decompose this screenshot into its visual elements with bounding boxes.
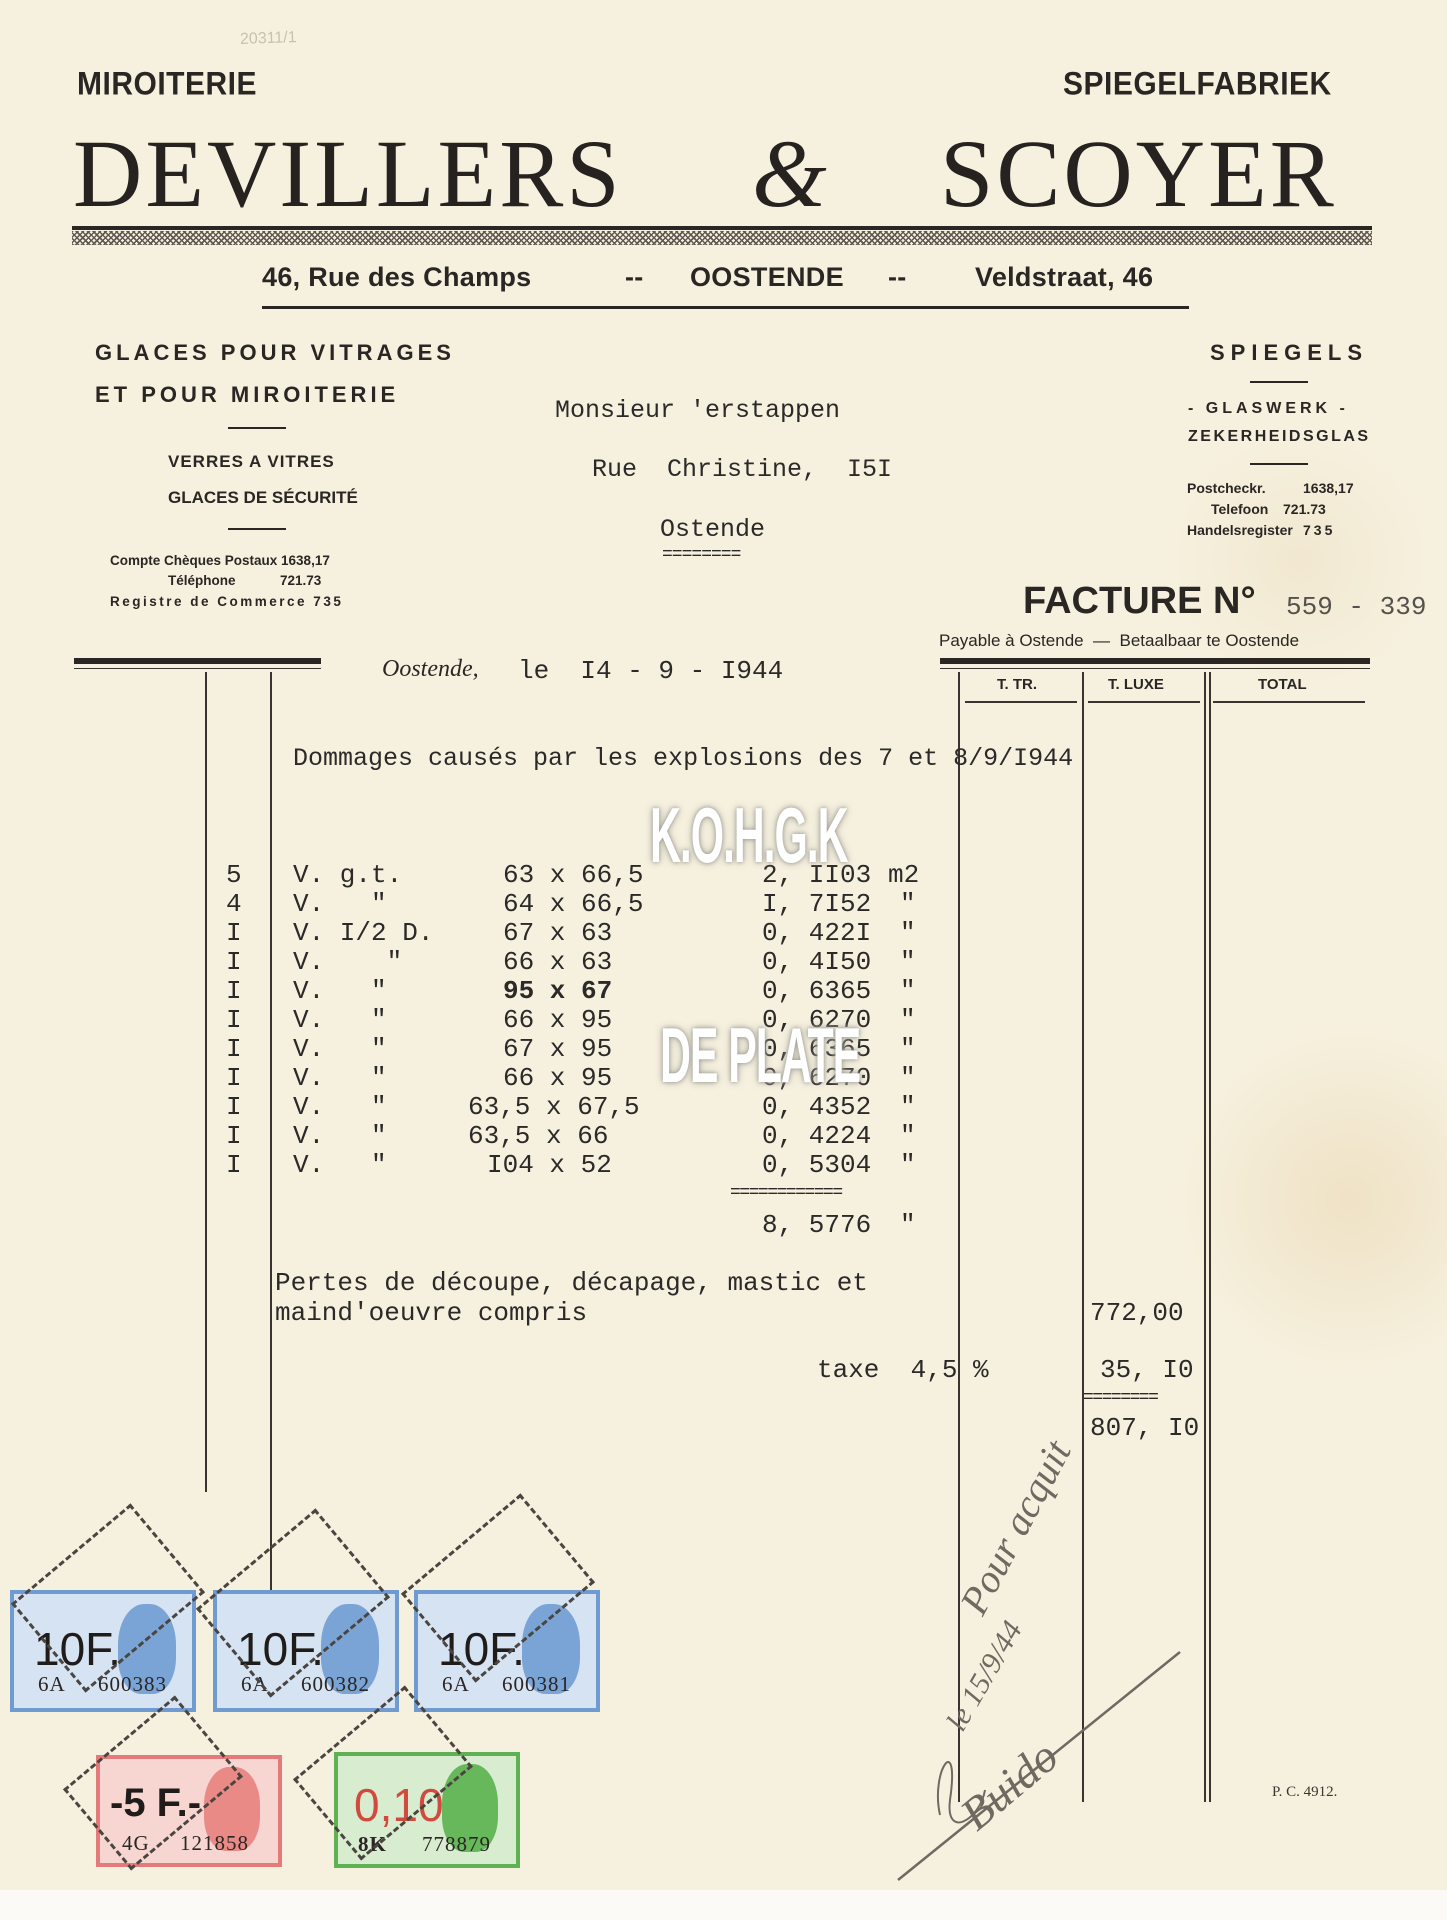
item-qty: I — [226, 1092, 242, 1122]
item-qty: I — [226, 1150, 242, 1180]
item-unit: " — [900, 918, 916, 948]
left-service-3: VERRES A VITRES — [168, 452, 335, 472]
decorative-band — [72, 231, 1372, 245]
item-qty: 4 — [226, 889, 242, 919]
left-service-1: GLACES POUR VITRAGES — [95, 340, 455, 366]
area-total-separator: ============ — [730, 1183, 842, 1203]
item-desc: V. " — [293, 1092, 387, 1122]
item-unit: " — [900, 1005, 916, 1035]
address-nl: Veldstraat, 46 — [975, 262, 1153, 293]
item-dims: 95 x 67 — [503, 976, 612, 1006]
watermark-line-2: DE PLATE — [660, 1010, 860, 1101]
item-dims: 63 x 66,5 — [503, 860, 643, 890]
invoice-title: FACTURE N° — [1023, 580, 1256, 623]
left-divider-2 — [228, 528, 286, 530]
right-telefoon-label: Telefoon — [1211, 501, 1268, 517]
charges-line-2: maind'oeuvre compris — [275, 1298, 587, 1328]
stamp-series: 6A — [38, 1672, 66, 1697]
item-area: 0, 5304 — [762, 1150, 871, 1180]
item-dims: 66 x 95 — [503, 1063, 612, 1093]
stamp-serial: 121858 — [180, 1831, 249, 1856]
item-desc: V. g.t. — [293, 860, 402, 890]
col-header-ttr: T. TR. — [997, 676, 1037, 693]
col-header-rule-total — [1213, 701, 1365, 703]
right-handels-label: Handelsregister — [1187, 522, 1293, 538]
company-name-scoyer: SCOYER — [940, 118, 1337, 229]
item-desc: V. " — [293, 947, 402, 977]
item-dims: 66 x 95 — [503, 1005, 612, 1035]
recipient-underline: ======== — [662, 545, 740, 565]
item-desc: V. " — [293, 1005, 387, 1035]
date-place: Oostende, — [382, 656, 479, 683]
item-dims: 64 x 66,5 — [503, 889, 643, 919]
right-divider-1 — [1250, 381, 1308, 383]
right-thick-rule — [940, 658, 1370, 664]
address-sep-2: -- — [888, 262, 907, 293]
item-unit: " — [900, 1063, 916, 1093]
item-qty: I — [226, 976, 242, 1006]
left-telephone: 721.73 — [280, 573, 321, 588]
item-unit: m2 — [888, 860, 919, 890]
item-unit: " — [900, 1121, 916, 1151]
item-area: 0, 4I50 — [762, 947, 871, 977]
tax-amount: 35, I0 — [1100, 1355, 1194, 1385]
right-postcheck: 1638,17 — [1303, 480, 1354, 496]
left-telephone-label: Téléphone — [168, 573, 236, 588]
right-thin-rule — [940, 668, 1370, 669]
tagline-miroiterie: MIROITERIE — [77, 67, 257, 104]
right-service-2: - GLASWERK - — [1188, 400, 1349, 418]
watermark-line-1: K.O.H.G.K — [650, 790, 847, 881]
item-unit: " — [900, 1034, 916, 1064]
item-unit: " — [900, 1092, 916, 1122]
item-unit: " — [900, 889, 916, 919]
left-service-2: ET POUR MIROITERIE — [95, 382, 399, 408]
item-desc: V. " — [293, 1063, 387, 1093]
col-header-total: TOTAL — [1258, 676, 1307, 693]
total-separator: ======== — [1083, 1388, 1157, 1408]
charges-line-1: Pertes de découpe, décapage, mastic et — [275, 1268, 868, 1298]
left-divider-1 — [228, 427, 286, 429]
item-dims: 67 x 95 — [503, 1034, 612, 1064]
invoice-number: 559 - 339 — [1286, 592, 1426, 622]
item-desc: V. " — [293, 1150, 387, 1180]
col-header-rule-ttr — [965, 701, 1077, 703]
item-qty: I — [226, 947, 242, 977]
item-desc: V. " — [293, 1034, 387, 1064]
item-dims: 67 x 63 — [503, 918, 612, 948]
address-sep-1: -- — [625, 262, 644, 293]
invoice-subject: Dommages causés par les explosions des 7… — [293, 744, 1073, 773]
item-desc: V. " — [293, 889, 387, 919]
item-dims: I04 x 52 — [487, 1150, 612, 1180]
item-unit: " — [900, 947, 916, 977]
stamp-serial: 600382 — [301, 1672, 370, 1697]
left-cheques: Compte Chèques Postaux 1638,17 — [110, 553, 330, 568]
item-dims: 63,5 x 67,5 — [468, 1092, 640, 1122]
left-registre: Registre de Commerce 735 — [110, 594, 343, 609]
tax-label: taxe 4,5 % — [817, 1355, 989, 1385]
pencil-note: 20311/1 — [240, 29, 297, 49]
col-line-desc — [270, 672, 272, 1672]
left-thin-rule — [74, 668, 321, 669]
item-qty: I — [226, 1121, 242, 1151]
item-area: 0, 422I — [762, 918, 871, 948]
item-unit: " — [900, 1150, 916, 1180]
item-dims: 63,5 x 66 — [468, 1121, 608, 1151]
item-dims: 66 x 63 — [503, 947, 612, 977]
item-area: 0, 4224 — [762, 1121, 871, 1151]
payable-note: Payable à Ostende — Betaalbaar te Oosten… — [939, 631, 1299, 651]
item-qty: I — [226, 1005, 242, 1035]
item-qty: I — [226, 918, 242, 948]
col-header-tluxe: T. LUXE — [1108, 676, 1164, 693]
right-telefoon: 721.73 — [1283, 501, 1326, 517]
company-ampersand: & — [752, 118, 830, 229]
recipient-name: Monsieur 'erstappen — [555, 396, 840, 425]
item-desc: V. I/2 D. — [293, 918, 433, 948]
grand-total: 807, I0 — [1090, 1413, 1199, 1443]
tagline-spiegelfabriek: SPIEGELFABRIEK — [1063, 67, 1332, 104]
stamp-series: 6A — [442, 1672, 470, 1697]
item-qty: 5 — [226, 860, 242, 890]
signature-stroke — [890, 1600, 1210, 1890]
right-service-3: ZEKERHEIDSGLAS — [1188, 428, 1371, 446]
left-thick-rule — [74, 658, 321, 664]
col-line-qty — [205, 672, 207, 1492]
right-divider-2 — [1250, 463, 1308, 465]
right-service-1: SPIEGELS — [1210, 340, 1368, 366]
recipient-city: Ostende — [660, 515, 765, 544]
area-total-unit: " — [900, 1210, 916, 1240]
stamp-serial: 778879 — [422, 1832, 491, 1857]
left-service-4: GLACES DE SÉCURITÉ — [168, 488, 358, 508]
subtotal-amount: 772,00 — [1090, 1298, 1184, 1328]
address-rule — [262, 306, 1189, 309]
company-name-devillers: DEVILLERS — [73, 118, 623, 229]
stamp-serial: 600381 — [502, 1672, 571, 1697]
header-rule — [72, 226, 1372, 230]
address-city: OOSTENDE — [690, 262, 844, 293]
item-unit: " — [900, 976, 916, 1006]
scan-margin — [0, 1890, 1447, 1920]
recipient-street: Rue Christine, I5I — [592, 455, 892, 484]
col-header-rule-tluxe — [1088, 701, 1200, 703]
item-desc: V. " — [293, 976, 387, 1006]
item-area: I, 7I52 — [762, 889, 871, 919]
item-qty: I — [226, 1034, 242, 1064]
right-handels: 735 — [1303, 522, 1335, 538]
area-total: 8, 5776 — [762, 1210, 871, 1240]
right-postcheck-label: Postcheckr. — [1187, 480, 1266, 496]
printer-code: P. C. 4912. — [1272, 1784, 1337, 1801]
address-fr: 46, Rue des Champs — [262, 262, 532, 293]
item-desc: V. " — [293, 1121, 387, 1151]
stamp-serial: 600383 — [98, 1672, 167, 1697]
invoice-date: le I4 - 9 - I944 — [518, 656, 783, 686]
item-area: 0, 6365 — [762, 976, 871, 1006]
item-qty: I — [226, 1063, 242, 1093]
